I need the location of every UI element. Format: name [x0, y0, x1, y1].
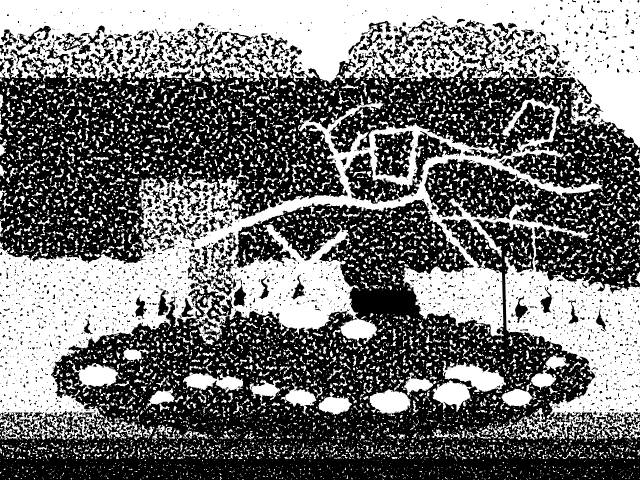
speckle-sky-flecks-left — [0, 8, 300, 34]
bw-threshold-photo — [0, 0, 640, 480]
photo-canvas — [0, 0, 640, 480]
screenshot — [0, 0, 640, 480]
speckle-bottom-band-upper — [0, 414, 640, 444]
speckle-sky-flecks-center — [340, 4, 540, 34]
speckle-lawn-grain — [0, 238, 640, 438]
speckle-sky-clumps-topright — [545, 0, 640, 70]
speckle-bottom-band-low — [0, 460, 640, 480]
